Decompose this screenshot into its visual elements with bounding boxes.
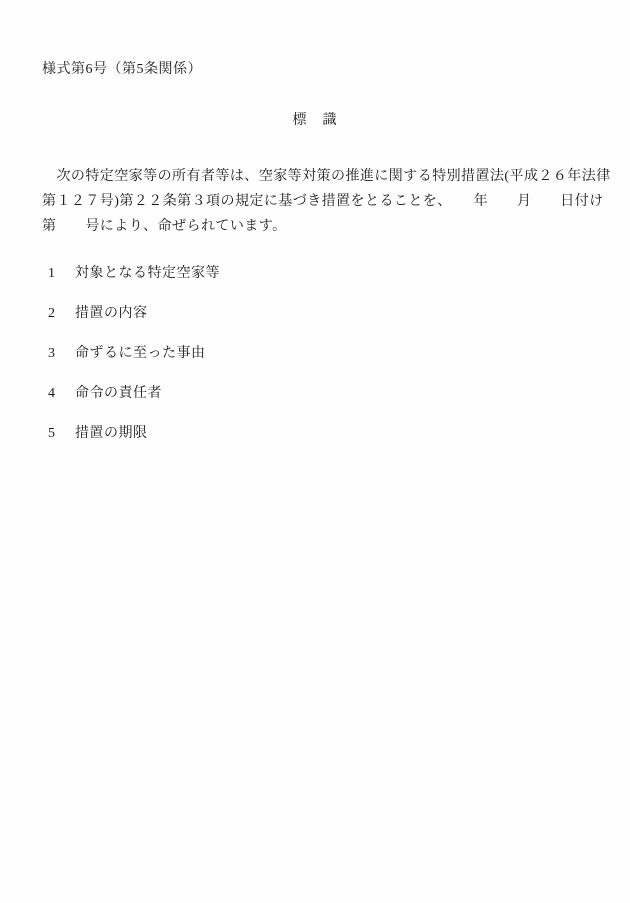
list-item: 5措置の期限 — [48, 425, 220, 465]
list-item: 4命令の責任者 — [48, 385, 220, 425]
list-item-label: 措置の内容 — [75, 306, 148, 321]
list-item-label: 命令の責任者 — [75, 386, 162, 401]
list-item: 1対象となる特定空家等 — [48, 265, 220, 305]
body-paragraph-line: 第 号により、命ぜられています。 — [42, 214, 594, 239]
list-item-label: 措置の期限 — [75, 426, 148, 441]
list-item: 3命ずるに至った事由 — [48, 345, 220, 385]
list-item-number: 5 — [48, 425, 75, 443]
list-item-number: 2 — [48, 305, 75, 323]
document-title: 標 識 — [0, 109, 630, 129]
body-paragraph-line: 第１２７号)第２２条第３項の規定に基づき措置をとることを、 年 月 日付け — [42, 189, 594, 214]
list-item-number: 3 — [48, 345, 75, 363]
body-paragraph-line: 次の特定空家等の所有者等は、空家等対策の推進に関する特別措置法(平成２６年法律 — [42, 164, 594, 189]
form-number-label: 様式第6号（第5条関係） — [42, 58, 202, 78]
list-item-number: 4 — [48, 385, 75, 403]
document-page: 様式第6号（第5条関係） 標 識 次の特定空家等の所有者等は、空家等対策の推進に… — [0, 0, 630, 903]
numbered-item-list: 1対象となる特定空家等 2措置の内容 3命ずるに至った事由 4命令の責任者 5措… — [48, 265, 220, 465]
body-paragraph: 次の特定空家等の所有者等は、空家等対策の推進に関する特別措置法(平成２６年法律 … — [42, 164, 594, 239]
list-item: 2措置の内容 — [48, 305, 220, 345]
list-item-label: 命ずるに至った事由 — [75, 346, 206, 361]
list-item-label: 対象となる特定空家等 — [75, 266, 220, 281]
list-item-number: 1 — [48, 265, 75, 283]
